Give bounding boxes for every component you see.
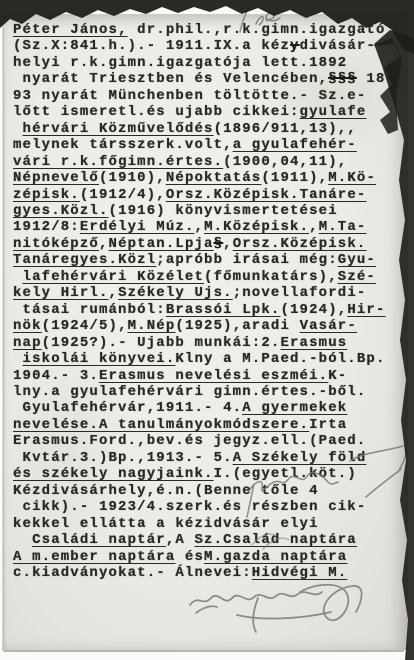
text-segment: A gyermekek (242, 400, 347, 416)
text-segment: , (109, 285, 119, 301)
text-segment: A m.ember naptára (13, 549, 175, 565)
text-segment: c.kiadványokat.- Álnevei: (13, 565, 252, 581)
text-segment: nevelése.A tanulmányokmódszere. (13, 417, 309, 433)
text-segment: nyarát Triesztben és Velencében, (23, 71, 329, 87)
text-segment: Klny a M.Paed.-ból.Bp. (175, 351, 385, 367)
text-segment: Kézdivásárhely,é.n.(Benne tőle 4 (13, 483, 319, 499)
text-segment: 93 nyarát Münchenben töltötte.- Sz.e- (13, 88, 366, 104)
text-segment: , (99, 236, 109, 252)
text-line: Kézdivásárhely,é.n.(Benne tőle 4 (13, 483, 395, 499)
text-line: és székely nagyjaink.I.(egyetl.köt.) (13, 466, 395, 482)
text-segment: tásai rumánból: (23, 302, 166, 318)
text-segment: vári r.k.főgimn.értes. (13, 154, 223, 170)
text-segment: Hidvégi M. (252, 565, 348, 581)
text-line: melynek társszerk.volt,a gyulafehér- (13, 137, 395, 153)
text-segment: (1900,04,11), (223, 154, 347, 170)
text-segment: Gyulafehérvár,1911.- 4. (23, 400, 243, 416)
text-line: Családi naptár,A Sz.Család naptára (13, 532, 395, 548)
text-line: gyes.Közl.(1916) könyvismertetései (13, 203, 395, 219)
text-segment: M.Középisk. (204, 219, 309, 235)
text-line: 93 nyarát Münchenben töltötte.- Sz.e- (13, 88, 395, 104)
text-segment: 1912/8: (13, 219, 80, 235)
text-line: Népnevelő(1910),Népoktatás(1911),M.Kö- (13, 170, 395, 186)
text-line: Kvtár.3.)Bp.,1913.- 5.A Székely föld (13, 450, 395, 466)
text-segment: Székely Ujs. (118, 285, 233, 301)
text-segment: divásár- (300, 38, 376, 54)
text-line: Erasmus.Ford.,bev.és jegyz.ell.(Paed. (13, 433, 395, 449)
text-segment: lny.a gyulafehérvári gimn.értes.-ből. (13, 384, 366, 400)
text-segment: zépisk. (13, 187, 80, 203)
text-segment: Családi naptár (32, 532, 166, 548)
text-segment: 18- (357, 71, 395, 87)
text-line: Tanáregyes.Közl;apróbb irásai még:Gyu- (13, 252, 395, 268)
text-segment: nitóképző (13, 236, 99, 252)
bottom-card-edge (4, 650, 404, 652)
text-segment: Irta (309, 417, 347, 433)
text-segment: (1924), (280, 302, 347, 318)
text-segment: helyi r.k.gimn.igazgatója lett.1892 (13, 55, 347, 71)
text-segment: M.Ta- (319, 219, 367, 235)
text-segment: (1916) könyvismertetései (109, 203, 338, 219)
text-segment: Gyu- (338, 252, 376, 268)
text-segment: Vasár- (300, 318, 357, 334)
text-segment: gyulafe (300, 104, 367, 120)
text-segment: (1925),aradi (175, 318, 299, 334)
text-segment: dr.phil.,r.k.gimn.igazgató (128, 22, 386, 38)
text-line: hérvári Közművelődés(1896/911,13),, (13, 121, 395, 137)
text-segment: Orsz.Középisk.Tanáre- (166, 187, 367, 203)
text-line: lafehérvári Közélet(főmunkatárs),Szé- (13, 269, 395, 285)
text-line: iskolái könyvei.Klny a M.Paed.-ból.Bp. (13, 351, 395, 367)
text-segment: (1910), (99, 170, 166, 186)
text-segment: iskolái könyvei. (23, 351, 176, 367)
text-segment: és (175, 549, 204, 565)
text-line: 1912/8:Erdélyi Múz.,M.Középisk.,M.Ta- (13, 219, 395, 235)
text-line: nevelése.A tanulmányokmódszere.Irta (13, 417, 395, 433)
text-segment: , (223, 236, 233, 252)
text-segment: (1925?).- Ujabb munkái:2. (42, 335, 281, 351)
text-segment: ;novellafordi- (233, 285, 367, 301)
text-line: 1904.- 3.Erasmus nevelési eszméi.K- (13, 368, 395, 384)
text-line: zépisk.(1912/4),Orsz.Középisk.Tanáre- (13, 187, 395, 203)
text-segment: lafehérvári Közélet (23, 269, 204, 285)
text-segment: (1911), (261, 170, 328, 186)
text-segment: y (290, 38, 300, 54)
text-line: (Sz.X:841.h.).- 1911.IX.a kézydivásár- (13, 38, 395, 54)
text-segment: M.Kö- (328, 170, 376, 186)
text-segment: Erasmus (280, 335, 347, 351)
text-segment: Tanáregyes.Közl (13, 252, 156, 268)
text-segment: Szé- (338, 269, 376, 285)
text-line: nyarát Triesztben és Velencében,§§§ 18- (13, 71, 395, 87)
text-line: A m.ember naptára ésM.gazda naptára (13, 549, 395, 565)
text-segment: kely Hirl. (13, 285, 109, 301)
text-line: Gyulafehérvár,1911.- 4.A gyermekek (13, 400, 395, 416)
text-block: Péter János, dr.phil.,r.k.gimn.igazgató(… (13, 22, 395, 581)
text-segment: Néptan.Lpja (109, 236, 214, 252)
text-segment: Péter János, (13, 22, 128, 38)
text-segment: , (195, 219, 205, 235)
text-segment: nök (13, 318, 42, 334)
text-segment: Erasmus.Ford.,bev.és jegyz.ell.(Paed. (13, 433, 366, 449)
text-segment: és székely nagyjaink. (13, 466, 214, 482)
text-segment: I.(egyetl.köt.) (214, 466, 357, 482)
text-segment: , (309, 219, 319, 235)
text-segment: § (214, 236, 224, 252)
text-segment: a gyulafehér- (233, 137, 357, 153)
text-segment: nap (13, 335, 42, 351)
text-line: c.kiadványokat.- Álnevei:Hidvégi M. (13, 565, 395, 581)
text-line: nitóképző,Néptan.Lpja§,Orsz.Középisk. (13, 236, 395, 252)
text-line: lőtt ismeretl.és ujabb cikkei:gyulafe (13, 104, 395, 120)
text-segment: Erdélyi Múz. (80, 219, 195, 235)
text-line: helyi r.k.gimn.igazgatója lett.1892 (13, 55, 395, 71)
text-segment: (főmunkatárs), (204, 269, 338, 285)
text-segment: ,A (166, 532, 195, 548)
text-segment: Brassói Lpk. (166, 302, 281, 318)
text-segment: M.Nép (128, 318, 176, 334)
text-line: nök(1924/5),M.Nép(1925),aradi Vasár- (13, 318, 395, 334)
text-segment: (1924/5), (42, 318, 128, 334)
text-segment: gyes.Közl. (13, 203, 109, 219)
scanned-document-page: Péter János, dr.phil.,r.k.gimn.igazgató(… (0, 0, 414, 660)
text-segment: M.gazda naptára (204, 549, 347, 565)
text-segment: (1896/911,13),, (214, 121, 357, 137)
text-segment: §§§ (328, 71, 357, 87)
text-segment: lőtt ismeretl.és ujabb cikkei: (13, 104, 300, 120)
text-line: vári r.k.főgimn.értes.(1900,04,11), (13, 154, 395, 170)
text-segment: 1904.- 3. (13, 368, 99, 384)
text-segment: Erasmus nevelési eszméi. (99, 368, 328, 384)
text-line: Péter János, dr.phil.,r.k.gimn.igazgató (13, 22, 395, 38)
text-line: tásai rumánból:Brassói Lpk.(1924),Hir- (13, 302, 395, 318)
text-segment: K- (328, 368, 347, 384)
text-segment: (1912/4), (80, 187, 166, 203)
text-segment: Népnevelő (13, 170, 99, 186)
text-segment: cikk).- 1923/4.szerk.és részben cik- (23, 499, 367, 515)
text-line: kekkel ellátta a kézidvásár elyi (13, 516, 395, 532)
text-segment: melynek társszerk.volt, (13, 137, 233, 153)
text-segment: Orsz.Középisk. (233, 236, 367, 252)
text-line: lny.a gyulafehérvári gimn.értes.-ből. (13, 384, 395, 400)
text-segment: (Sz.X:841.h.).- 1911.IX.a kéz (13, 38, 290, 54)
text-segment: ;apróbb irásai még: (156, 252, 337, 268)
text-segment: A Székely föld (233, 450, 367, 466)
text-segment: Népoktatás (166, 170, 262, 186)
text-segment: hérvári Közművelődés (23, 121, 214, 137)
text-segment: kekkel ellátta a kézidvásár elyi (13, 516, 319, 532)
text-segment: Hir- (347, 302, 385, 318)
text-line: kely Hirl.,Székely Ujs.;novellafordi- (13, 285, 395, 301)
text-line: cikk).- 1923/4.szerk.és részben cik- (13, 499, 395, 515)
text-segment: Kvtár.3.)Bp.,1913.- 5. (23, 450, 233, 466)
text-line: nap(1925?).- Ujabb munkái:2.Erasmus (13, 335, 395, 351)
text-segment: Sz.Család naptára (194, 532, 356, 548)
